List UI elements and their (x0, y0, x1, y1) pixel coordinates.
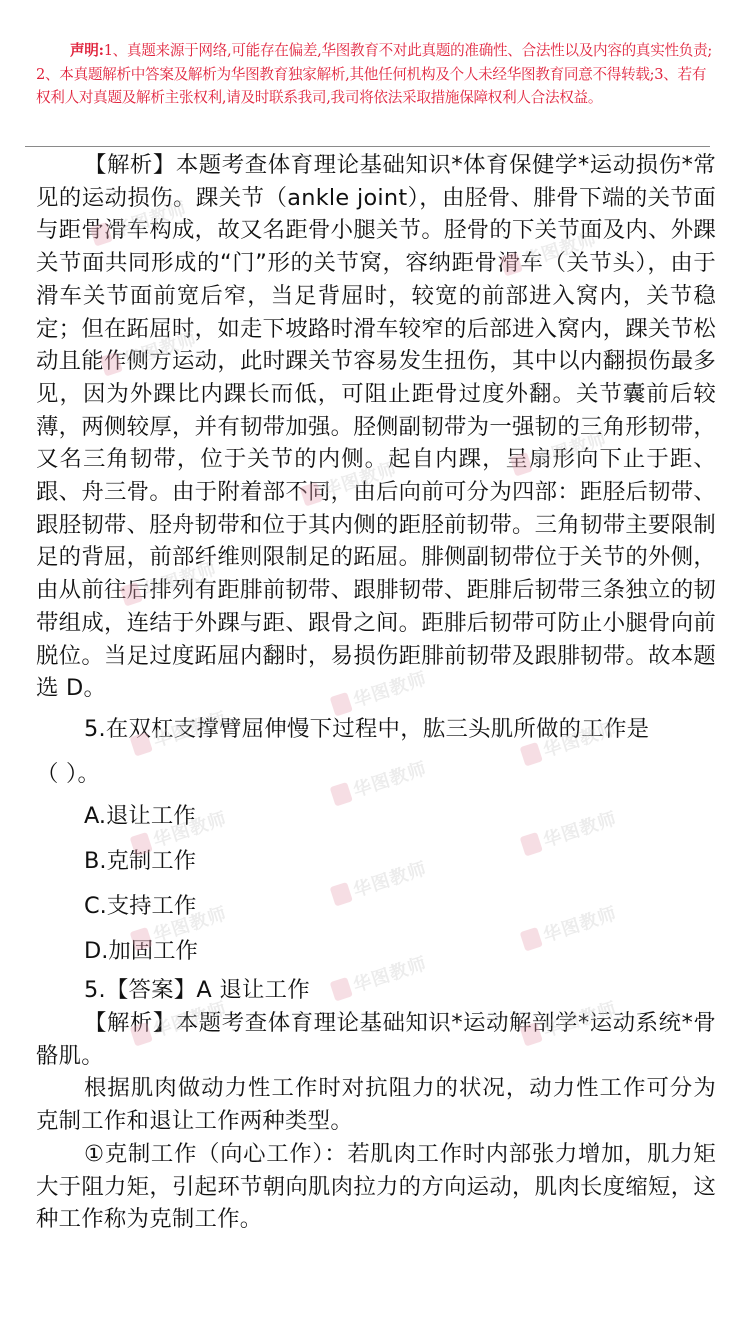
answer-5: 5.【答案】A 退让工作 (36, 974, 716, 1007)
question-5-options: A.退让工作 B.克制工作 C.支持工作 D.加固工作 (36, 794, 716, 974)
option-d: D.加固工作 (36, 929, 716, 974)
option-b: B.克制工作 (36, 839, 716, 884)
answer-5-paragraph-1: 根据肌肉做动力性工作时对抗阻力的状况，动力性工作可分为克制工作和退让工作两种类型… (36, 1072, 716, 1137)
document-body: 【解析】本题考查体育理论基础知识*体育保健学*运动损伤*常见的运动损伤。踝关节（… (36, 149, 716, 1236)
q4-analysis-paragraph: 【解析】本题考查体育理论基础知识*体育保健学*运动损伤*常见的运动损伤。踝关节（… (36, 149, 716, 705)
question-5-stem: 5.在双杠支撑臂屈伸慢下过程中，肱三头肌所做的工作是 (36, 713, 716, 746)
disclaimer: 声明:1、真题来源于网络,可能存在偏差,华图教育不对此真题的准确性、合法性以及内… (36, 39, 712, 110)
answer-5-paragraph-2: ①克制工作（向心工作）：若肌肉工作时内部张力增加，肌力矩大于阻力矩，引起环节朝向… (36, 1138, 716, 1236)
header-divider (25, 146, 710, 147)
disclaimer-lead: 声明: (70, 42, 104, 59)
answer-5-analysis-head: 【解析】本题考查体育理论基础知识*运动解剖学*运动系统*骨骼肌。 (36, 1007, 716, 1072)
option-a: A.退让工作 (36, 794, 716, 839)
question-5-answer-blank: （ ）。 (36, 758, 716, 791)
option-c: C.支持工作 (36, 884, 716, 929)
disclaimer-text: 1、真题来源于网络,可能存在偏差,华图教育不对此真题的准确性、合法性以及内容的真… (36, 42, 712, 106)
